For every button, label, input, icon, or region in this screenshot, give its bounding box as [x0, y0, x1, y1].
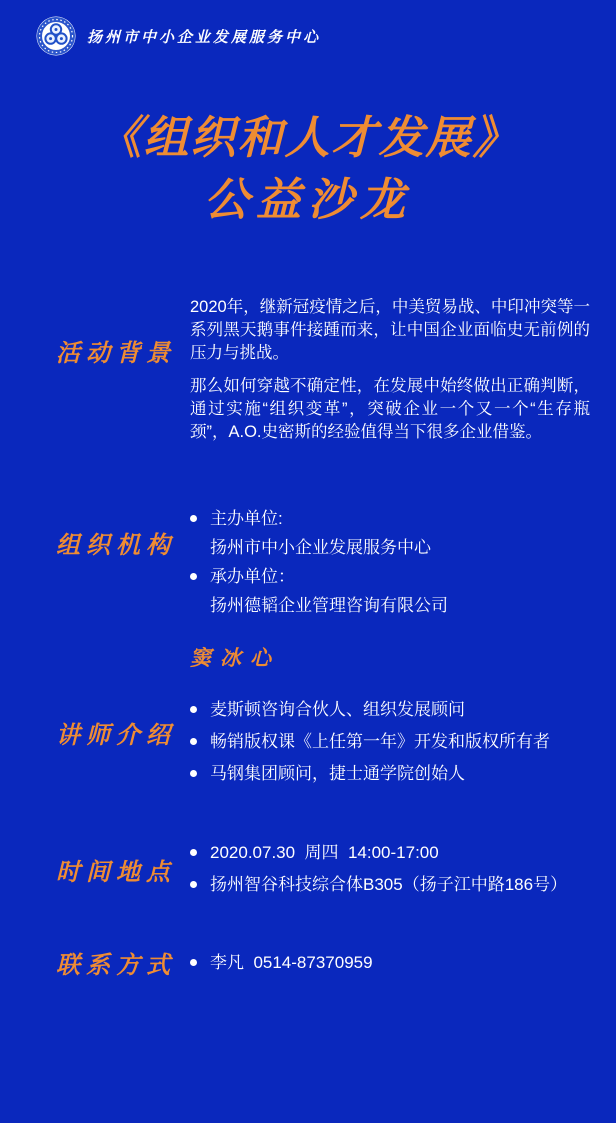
organizer-undertaker-role: 承办单位：	[210, 562, 448, 591]
poster-title-line2: 公益沙龙	[0, 174, 616, 226]
poster-title-line1: 《组织和人才发展》	[0, 112, 616, 164]
speaker-name: 窦冰心	[190, 645, 590, 673]
bullet-dot-icon	[190, 849, 197, 856]
bullet-dot-icon	[190, 770, 197, 777]
organizer-host: 主办单位: 扬州市中小企业发展服务中心	[210, 504, 431, 562]
list-item: 畅销版权课《上任第一年》开发和版权所有者	[190, 727, 590, 757]
section-label-organizers: 组织机构	[56, 525, 190, 560]
section-body-contact: 李凡 0514-87370959	[190, 948, 590, 978]
speaker-credential: 畅销版权课《上任第一年》开发和版权所有者	[210, 727, 550, 757]
list-item: 马钢集团顾问，捷士通学院创始人	[190, 759, 590, 789]
section-body-organizers: 主办单位: 扬州市中小企业发展服务中心 承办单位： 扬州德韬企业管理咨询有限公司	[190, 504, 590, 620]
org-logo-icon	[36, 16, 76, 56]
bullet-dot-icon	[190, 573, 197, 580]
event-poster: 扬州市中小企业发展服务中心 《组织和人才发展》 公益沙龙 活动背景 2020年，…	[0, 0, 616, 1123]
section-body-time-location: 2020.07.30 周四 14:00-17:00 扬州智谷科技综合体B305（…	[190, 838, 590, 900]
section-time-location: 时间地点 2020.07.30 周四 14:00-17:00 扬州智谷科技综合体…	[0, 838, 616, 900]
list-item: 麦斯顿咨询合伙人、组织发展顾问	[190, 695, 590, 725]
organizer-host-role: 主办单位:	[210, 504, 431, 533]
background-paragraph: 那么如何穿越不确定性，在发展中始终做出正确判断，通过实施“组织变革”，突破企业一…	[190, 375, 590, 444]
section-label-time-location: 时间地点	[56, 852, 190, 887]
organizer-undertaker-name: 扬州德韬企业管理咨询有限公司	[210, 591, 448, 620]
section-contact: 联系方式 李凡 0514-87370959	[0, 945, 616, 980]
background-paragraph: 2020年，继新冠疫情之后，中美贸易战、中印冲突等一系列黑天鹅事件接踵而来，让中…	[190, 296, 590, 365]
bullet-dot-icon	[190, 881, 197, 888]
header-org-name: 扬州市中小企业发展服务中心	[87, 26, 321, 47]
poster-title: 《组织和人才发展》 公益沙龙	[0, 112, 616, 226]
section-body-speaker: 窦冰心 麦斯顿咨询合伙人、组织发展顾问 畅销版权课《上任第一年》开发和版权所有者…	[190, 645, 590, 789]
list-item: 主办单位: 扬州市中小企业发展服务中心	[190, 504, 590, 562]
section-organizers: 组织机构 主办单位: 扬州市中小企业发展服务中心 承办单位： 扬州德韬企业管理咨…	[0, 504, 616, 620]
bullet-dot-icon	[190, 959, 197, 966]
speaker-credential: 马钢集团顾问，捷士通学院创始人	[210, 759, 465, 789]
section-body-background: 2020年，继新冠疫情之后，中美贸易战、中印冲突等一系列黑天鹅事件接踵而来，让中…	[190, 296, 590, 444]
section-label-speaker: 讲师介绍	[56, 715, 190, 750]
section-event-background: 活动背景 2020年，继新冠疫情之后，中美贸易战、中印冲突等一系列黑天鹅事件接踵…	[0, 296, 616, 444]
bullet-dot-icon	[190, 738, 197, 745]
list-item: 李凡 0514-87370959	[190, 948, 590, 978]
bullet-dot-icon	[190, 515, 197, 522]
section-label-contact: 联系方式	[56, 945, 190, 980]
organizer-host-name: 扬州市中小企业发展服务中心	[210, 533, 431, 562]
section-label-background: 活动背景	[56, 333, 190, 368]
organizer-undertaker: 承办单位： 扬州德韬企业管理咨询有限公司	[210, 562, 448, 620]
list-item: 扬州智谷科技综合体B305（扬子江中路186号）	[190, 870, 590, 900]
list-item: 2020.07.30 周四 14:00-17:00	[190, 838, 590, 868]
event-datetime: 2020.07.30 周四 14:00-17:00	[210, 838, 439, 868]
section-speaker-intro: 讲师介绍 窦冰心 麦斯顿咨询合伙人、组织发展顾问 畅销版权课《上任第一年》开发和…	[0, 645, 616, 789]
contact-person-phone: 李凡 0514-87370959	[210, 948, 373, 978]
speaker-credential: 麦斯顿咨询合伙人、组织发展顾问	[210, 695, 465, 725]
event-location: 扬州智谷科技综合体B305（扬子江中路186号）	[210, 870, 567, 900]
bullet-dot-icon	[190, 706, 197, 713]
header: 扬州市中小企业发展服务中心	[36, 16, 321, 56]
list-item: 承办单位： 扬州德韬企业管理咨询有限公司	[190, 562, 590, 620]
